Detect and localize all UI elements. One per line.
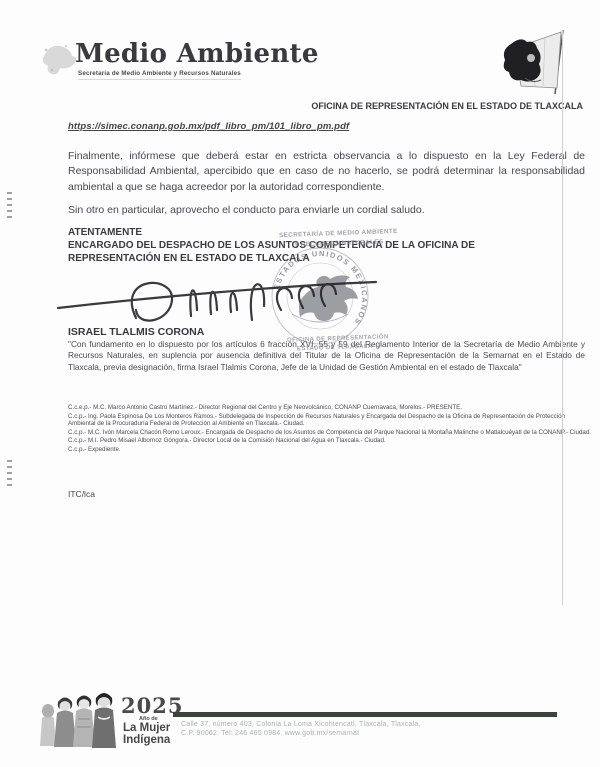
carbon-copy-list: C.c.e.p.- M.C. Marco Antonio Castro Mart… — [68, 404, 591, 455]
footer-divider-bar — [173, 712, 557, 717]
paragraph-closing: Sin otro en particular, aprovecho el con… — [68, 203, 585, 218]
legal-foundation-note: "Con fundamento en lo dispuesto por los … — [68, 339, 585, 373]
reference-initials: ITC/lca — [68, 489, 95, 499]
document-url-link[interactable]: https://simec.conanp.gob.mx/pdf_libro_pm… — [68, 121, 349, 132]
ccp-entry: C.c.e.p.- M.C. Marco Antonio Castro Mart… — [68, 404, 591, 412]
semarnat-bird-logo-icon — [36, 36, 76, 78]
ccp-entry: C.c.p.- M.I. Pedro Misael Albornoz Góngo… — [68, 437, 591, 445]
flag-figure-illustration — [485, 26, 585, 98]
brand-title: Medio Ambiente — [75, 39, 319, 69]
paragraph-legal-warning: Finalmente, infórmese que deberá estar e… — [68, 149, 585, 195]
ccp-entry: C.c.p.- Ing. Paola Espinosa De Los Monte… — [68, 413, 591, 428]
stamp-text-fragment: SECRETARÍA DE MEDIO AMBIENTE — [279, 228, 398, 239]
salutation: ATENTAMENTE — [68, 227, 142, 238]
footer-year-label-line1: La Mujer — [123, 722, 170, 734]
office-heading: OFICINA DE REPRESENTACIÓN EN EL ESTADO D… — [311, 101, 583, 111]
scanned-letter-page: Medio Ambiente Secretaría de Medio Ambie… — [0, 0, 600, 767]
indigenous-women-illustration — [40, 689, 120, 749]
footer-address-line2: C.P. 90062. Tel: 246 465 0984. www.gob.m… — [181, 730, 359, 737]
scan-margin-mark — [7, 192, 12, 220]
scan-margin-mark — [7, 460, 12, 488]
ccp-entry: C.c.p.- M.C. Ivón Marcela Chacón Romo Le… — [68, 429, 591, 437]
footer-year-label-line2: Indígena — [123, 734, 170, 746]
scan-edge-line — [562, 30, 563, 605]
signer-name: ISRAEL TLALMIS CORONA — [68, 326, 204, 338]
footer-address-line1: Calle 37, número 403, Colonia La Loma Xi… — [181, 721, 421, 728]
ccp-entry: C.c.p.- Expediente. — [68, 446, 591, 454]
brand-subtitle: Secretaría de Medio Ambiente y Recursos … — [78, 70, 241, 80]
